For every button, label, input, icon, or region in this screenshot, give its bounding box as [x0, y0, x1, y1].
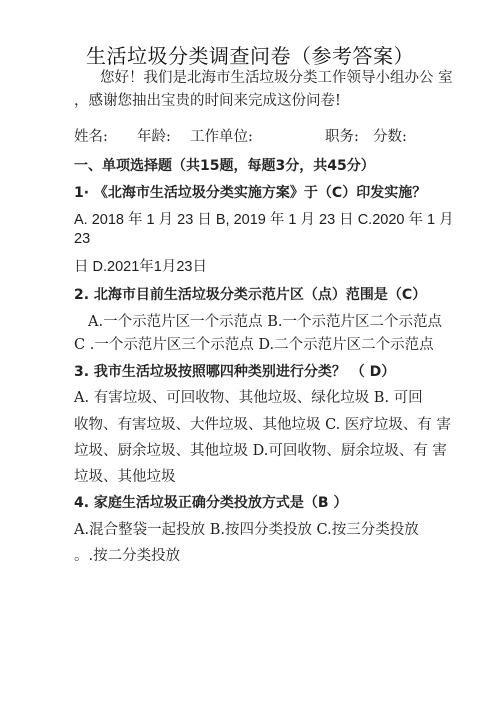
work-unit-field-label: 工作单位: — [190, 128, 253, 146]
question-options-line: A. 2018 年 1 月 23 日 B, 2019 年 1 月 23 日 C.… — [74, 211, 454, 229]
intro-line-2: ，感谢您抽出宝贵的时间来完成这份问卷! — [74, 92, 341, 110]
question-options-line: A.一个示范片区一个示范点 B.一个示范片区二个示范点 — [88, 313, 442, 331]
name-field-label: 姓名: — [74, 128, 108, 146]
age-field-label: 年龄: — [137, 128, 171, 146]
position-field-label: 职务: — [325, 128, 359, 146]
question-options-line: 。.按二分类投放 — [74, 547, 180, 565]
question-options-line: 收物、有害垃圾、大件垃圾、其他垃圾 C. 医疗垃圾、有 害 — [74, 416, 451, 434]
score-field-label: 分数: — [373, 128, 407, 146]
question-stem: 4. 家庭生活垃圾正确分类投放方式是（B ） — [74, 494, 347, 512]
question-stem: 2. 北海市目前生活垃圾分类示范片区（点）范围是（C） — [74, 286, 426, 304]
question-options-line: A. 有害垃圾、可回收物、其他垃圾、绿化垃圾 B. 可回 — [74, 389, 423, 407]
question-options-line: 垃圾、厨余垃圾、其他垃圾 D.可回收物、厨余垃圾、有 害 — [74, 442, 447, 460]
page-title: 生活垃圾分类调查问卷（参考答案） — [0, 44, 500, 68]
question-options-line: 23 — [74, 230, 90, 248]
question-stem: 3. 我市生活垃圾按照哪四种类别进行分类？ （ D） — [74, 363, 395, 381]
question-stem: 1· 《北海市生活垃圾分类实施方案》于（C）印发实施？ — [74, 184, 426, 202]
intro-line-1: 您好！我们是北海市生活垃圾分类工作领导小组办公 室 — [100, 69, 453, 87]
question-options-line: A.混合整袋一起投放 B.按四分类投放 C.按三分类投放 — [74, 521, 419, 539]
question-options-line: 垃圾、其他垃圾 — [74, 468, 176, 486]
question-options-line: C .一个示范片区三个示范点 D.二个示范片区二个示范点 — [74, 336, 434, 354]
section-heading: 一、单项选择题（共15题，每题3分，共45分） — [74, 157, 375, 175]
question-options-line: 日 D.2021年1月23日 — [74, 258, 207, 276]
